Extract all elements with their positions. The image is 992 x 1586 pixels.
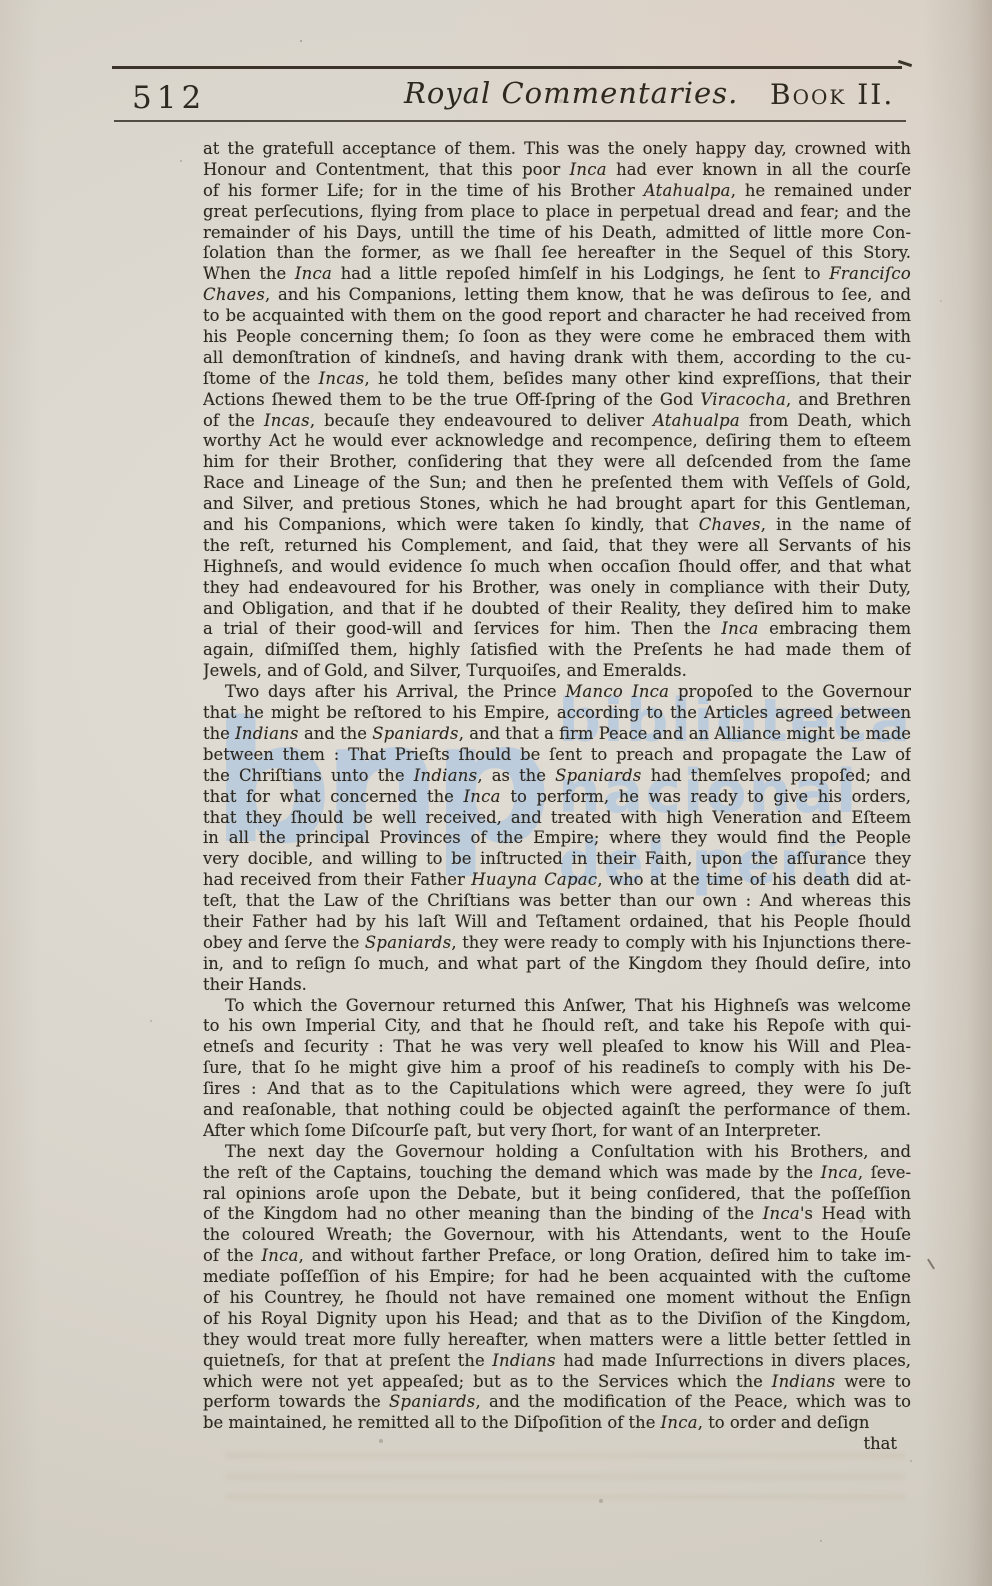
text-line: and reaſonable, that nothing could be ob… — [203, 1100, 911, 1121]
text-line: that they ſhould be well received, and t… — [203, 808, 911, 829]
text-line: between them : That Prieſts ſhould be ſe… — [203, 745, 911, 766]
stray-ink-mark — [927, 1258, 935, 1269]
text-line: quietneſs, for that at preſent the India… — [203, 1351, 911, 1372]
text-line: the Indians and the Spaniards, and that … — [203, 724, 911, 745]
paper-speckles — [300, 40, 302, 42]
text-line: obey and ſerve the Spaniards, they were … — [203, 933, 911, 954]
text-line: of his Royal Dignity upon his Head; and … — [203, 1309, 911, 1330]
text-line: Chaves, and his Companions, letting them… — [203, 285, 911, 306]
text-line: all demonſtration of kindneſs, and havin… — [203, 348, 911, 369]
text-line: the reſt of the Captains, touching the d… — [203, 1163, 911, 1184]
page-number: 512 — [132, 80, 206, 116]
text-line: the coloured Wreath; the Governour, with… — [203, 1225, 911, 1246]
text-line: the Chriſtians unto the Indians, as the … — [203, 766, 911, 787]
text-line: that for what concerned the Inca to perf… — [203, 787, 911, 808]
text-line: ſure, that ſo he might give him a proof … — [203, 1058, 911, 1079]
text-line: of the Inca, and without farther Preface… — [203, 1246, 911, 1267]
text-line: they would treat more fully hereafter, w… — [203, 1330, 911, 1351]
book-label: Book II. — [770, 78, 894, 111]
text-line: When the Inca had a little repoſed himſe… — [203, 264, 911, 285]
text-line: the reſt, returned his Complement, and ſ… — [203, 536, 911, 557]
header-rule-top — [112, 66, 902, 69]
text-line: be maintained, he remitted all to the Di… — [203, 1413, 911, 1434]
text-line: ſolation than the former, as we ſhall ſe… — [203, 243, 911, 264]
text-line: of the Kingdom had no other meaning than… — [203, 1204, 911, 1225]
text-line: Highneſs, and would evidence ſo much whe… — [203, 557, 911, 578]
text-line: ſtome of the Incas, he told them, beſide… — [203, 369, 911, 390]
text-line: Race and Lineage of the Sun; and then he… — [203, 473, 911, 494]
text-line: him for their Brother, conſidering that … — [203, 452, 911, 473]
text-line: remainder of his Days, untill the time o… — [203, 223, 911, 244]
catchword: that — [203, 1434, 911, 1455]
text-line: After which ſome Diſcourſe paſt, but ver… — [203, 1121, 911, 1142]
text-line: very docible, and willing to be inſtruct… — [203, 849, 911, 870]
text-line: To which the Governour returned this Anſ… — [203, 996, 911, 1017]
text-line: his People concerning them; ſo ſoon as t… — [203, 327, 911, 348]
text-line: again, diſmiſſed them, highly ſatisfied … — [203, 640, 911, 661]
text-line: Two days after his Arrival, the Prince M… — [203, 682, 911, 703]
running-title: Royal Commentaries. — [404, 76, 738, 110]
text-line: at the gratefull acceptance of them. Thi… — [203, 139, 911, 160]
header-rule-bottom — [114, 120, 906, 122]
text-line: to his own Imperial City, and that he ſh… — [203, 1016, 911, 1037]
text-line: which were not yet appeaſed; but as to t… — [203, 1372, 911, 1393]
text-line: and Obligation, and that if he doubted o… — [203, 599, 911, 620]
book-page-scan: 512 Royal Commentaries. Book II. bnp bib… — [0, 0, 992, 1586]
text-line: ral opinions aroſe upon the Debate, but … — [203, 1184, 911, 1205]
text-line: Jewels, and of Gold, and Silver, Turquoi… — [203, 661, 911, 682]
text-block: at the gratefull acceptance of them. Thi… — [203, 139, 911, 1455]
text-line: mediate poſſeſſion of his Empire; for ha… — [203, 1267, 911, 1288]
text-line: and his Companions, which were taken ſo … — [203, 515, 911, 536]
text-line: great perſecutions, flying from place to… — [203, 202, 911, 223]
body-text: at the gratefull acceptance of them. Thi… — [203, 139, 911, 1434]
text-line: teſt, that the Law of the Chriſtians was… — [203, 891, 911, 912]
text-line: in all the principal Provinces of the Em… — [203, 828, 911, 849]
text-line: their Hands. — [203, 975, 911, 996]
text-line: of his Countrey, he ſhould not have rema… — [203, 1288, 911, 1309]
text-line: etneſs and ſecurity : That he was very w… — [203, 1037, 911, 1058]
text-line: The next day the Governour holding a Con… — [203, 1142, 911, 1163]
text-line: of his former Life; for in the time of h… — [203, 181, 911, 202]
text-line: to be acquainted with them on the good r… — [203, 306, 911, 327]
page-bleedthrough — [225, 1452, 905, 1500]
text-line: perform towards the Spaniards, and the m… — [203, 1392, 911, 1413]
text-line: they had endeavoured for his Brother, wa… — [203, 578, 911, 599]
text-line: of the Incas, becauſe they endeavoured t… — [203, 411, 911, 432]
text-line: ſires : And that as to the Capitulations… — [203, 1079, 911, 1100]
text-line: in, and to reſign ſo much, and what part… — [203, 954, 911, 975]
text-line: Honour and Contentment, that this poor I… — [203, 160, 911, 181]
text-line: Actions ſhewed them to be the true Off-ſ… — [203, 390, 911, 411]
text-line: and Silver, and pretious Stones, which h… — [203, 494, 911, 515]
text-line: worthy Act he would ever acknowledge and… — [203, 431, 911, 452]
text-line: a trial of their good-will and ſervices … — [203, 619, 911, 640]
text-line: their Father had by his laſt Will and Te… — [203, 912, 911, 933]
text-line: that he might be reſtored to his Empire,… — [203, 703, 911, 724]
text-line: had received from their Father Huayna Ca… — [203, 870, 911, 891]
